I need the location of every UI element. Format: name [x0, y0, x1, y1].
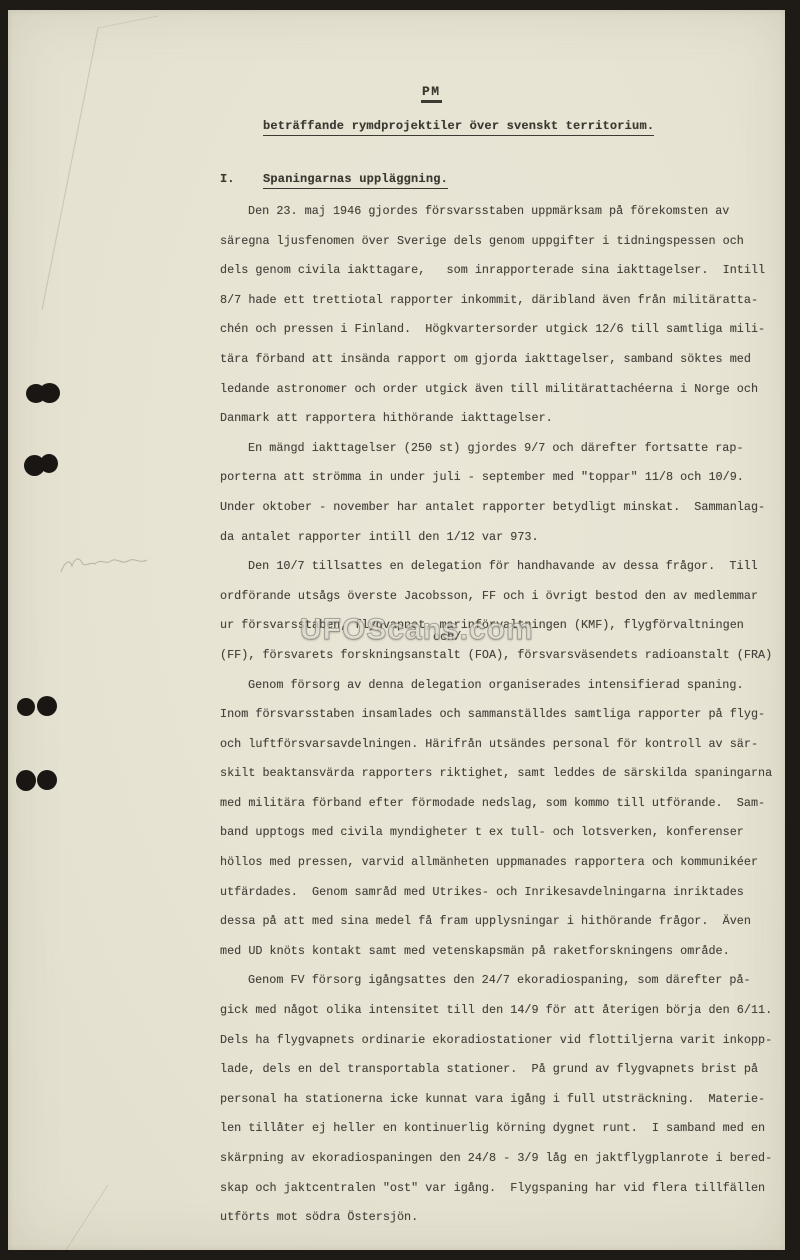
document-line: Danmark att rapportera hithörande iaktta…: [220, 404, 780, 434]
document-line: ordförande utsågs överste Jacobsson, FF …: [220, 582, 780, 612]
hole-punch: [16, 770, 36, 791]
document-line: lade, dels en del transportabla statione…: [220, 1055, 780, 1085]
scan-background: PM beträffande rymdprojektiler över sven…: [0, 0, 800, 1260]
document-line: med militära förband efter förmodade ned…: [220, 789, 780, 819]
document-line: utförts mot södra Östersjön.: [220, 1203, 780, 1233]
document-line: och luftförsvarsavdelningen. Härifrån ut…: [220, 730, 780, 760]
hole-punch: [37, 696, 57, 716]
document-line: (FF), försvarets forskningsanstalt (FOA)…: [220, 641, 780, 671]
document-line: skärpning av ekoradiospaningen den 24/8 …: [220, 1144, 780, 1174]
hole-punch: [40, 454, 58, 473]
hole-punch: [17, 698, 35, 716]
document-line: band upptogs med civila myndigheter t ex…: [220, 818, 780, 848]
document-line: gick med något olika intensitet till den…: [220, 996, 780, 1026]
hole-punch: [39, 383, 60, 403]
document-line: Genom försorg av denna delegation organi…: [220, 671, 780, 701]
document-line: Genom FV försorg igångsattes den 24/7 ek…: [220, 966, 780, 996]
document-line: Dels ha flygvapnets ordinarie ekoradiost…: [220, 1026, 780, 1056]
document-line: porterna att strömma in under juli - sep…: [220, 463, 780, 493]
document-line: 8/7 hade ett trettiotal rapporter inkomm…: [220, 286, 780, 316]
section-number: I.: [220, 172, 234, 186]
document-line: med UD knöts kontakt samt med vetenskaps…: [220, 937, 780, 967]
document-line: ledande astronomer och order utgick även…: [220, 375, 780, 405]
document-line: Under oktober - november har antalet rap…: [220, 493, 780, 523]
document-line: skilt beaktansvärda rapporters riktighet…: [220, 759, 780, 789]
document-line: ur försvarsstaben, flygvapnet, marinförv…: [220, 611, 780, 641]
document-line: utfärdades. Genom samråd med Utrikes- oc…: [220, 878, 780, 908]
section-heading: Spaningarnas uppläggning.: [263, 172, 448, 189]
hole-punch: [37, 770, 57, 790]
handwritten-annotation: [55, 548, 155, 584]
document-line: tära förband att insända rapport om gjor…: [220, 345, 780, 375]
document-line: Den 23. maj 1946 gjordes försvarsstaben …: [220, 197, 780, 227]
document-line: dels genom civila iakttagare, som inrapp…: [220, 256, 780, 286]
document-subtitle: beträffande rymdprojektiler över svenskt…: [263, 119, 654, 136]
document-title: PM: [421, 84, 442, 101]
document-line: chén och pressen i Finland. Högkvarterso…: [220, 315, 780, 345]
document-line: säregna ljusfenomen över Sverige dels ge…: [220, 227, 780, 257]
document-line: skap och jaktcentralen "ost" var igång. …: [220, 1174, 780, 1204]
document-line: höllos med pressen, varvid allmänheten u…: [220, 848, 780, 878]
document-line: dessa på att med sina medel få fram uppl…: [220, 907, 780, 937]
document-line: En mängd iakttagelser (250 st) gjordes 9…: [220, 434, 780, 464]
document-line: len tillåter ej heller en kontinuerlig k…: [220, 1114, 780, 1144]
document-line: da antalet rapporter intill den 1/12 var…: [220, 523, 780, 553]
document-line: personal ha stationerna icke kunnat vara…: [220, 1085, 780, 1115]
document-body: Den 23. maj 1946 gjordes försvarsstaben …: [220, 197, 780, 1233]
document-line: Den 10/7 tillsattes en delegation för ha…: [220, 552, 780, 582]
document-line: Inom försvarsstaben insamlades och samma…: [220, 700, 780, 730]
